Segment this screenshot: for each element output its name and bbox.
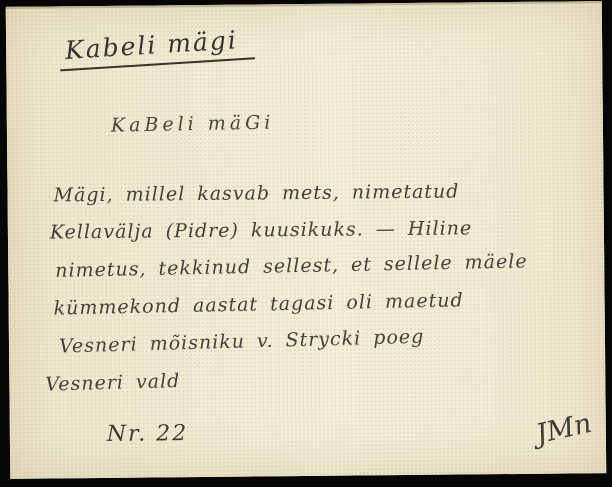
card-heading: KaBeli mäGi: [111, 112, 275, 137]
body-line: Vesneri vald: [45, 370, 180, 396]
body-line: Mägi, millel kasvab mets, nimetatud: [53, 181, 459, 207]
card-title-text: Kabeli mägi: [58, 24, 255, 71]
body-line: Kellavälja (Pidre) kuusikuks. — Hiline: [50, 217, 472, 243]
writer-initials: JMn: [533, 408, 594, 450]
card-title: Kabeli mägi: [58, 24, 255, 71]
scan-background: Kabeli mägi KaBeli mäGi Mägi, millel kas…: [0, 0, 612, 487]
body-line: Vesneri mõisniku v. Strycki poeg: [59, 326, 425, 358]
index-card: Kabeli mägi KaBeli mäGi Mägi, millel kas…: [6, 1, 607, 479]
body-line: nimetus, tekkinud sellest, et sellele mä…: [55, 250, 528, 281]
body-line: kümmekond aastat tagasi oli maetud: [53, 289, 463, 319]
card-number: Nr. 22: [107, 421, 189, 447]
